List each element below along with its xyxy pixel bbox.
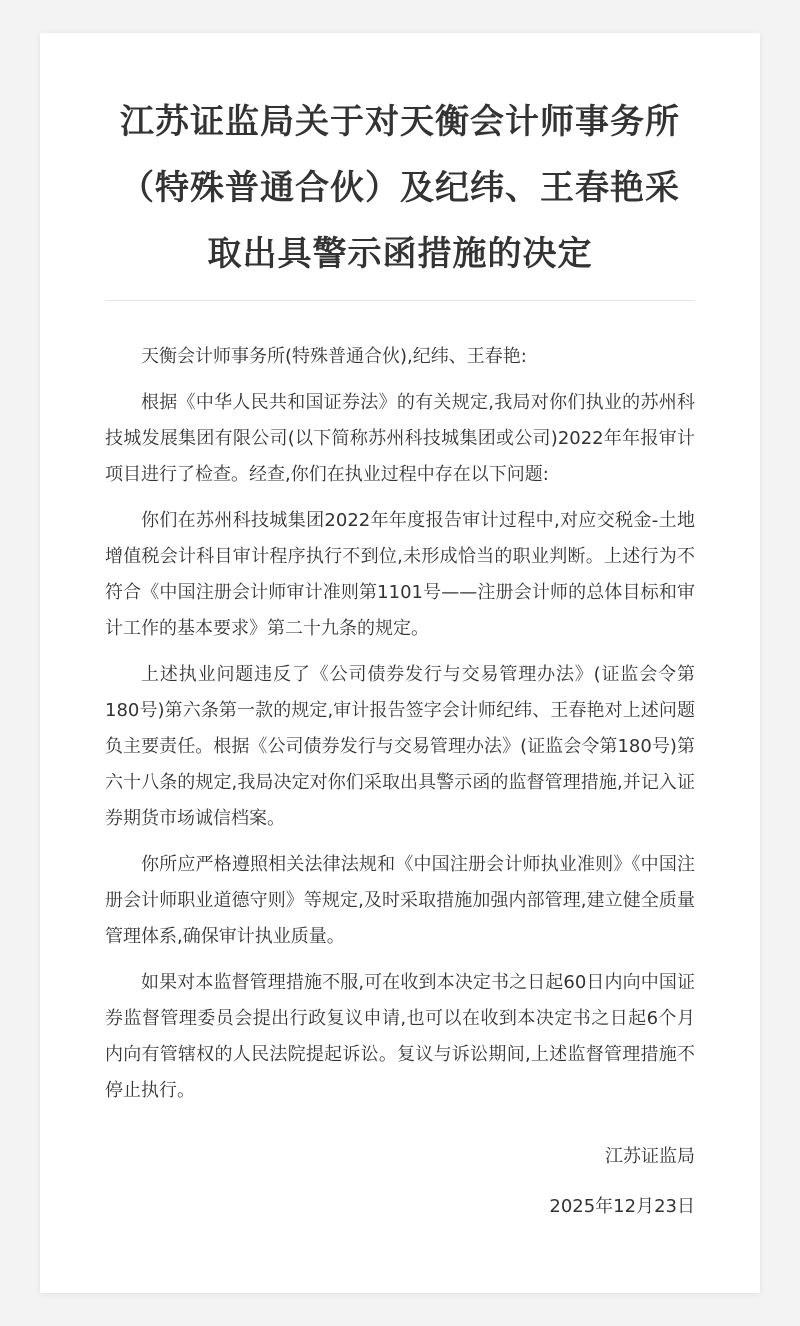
issue-date: 2025年12月23日 [105, 1189, 695, 1225]
signature-block: 江苏证监局 2025年12月23日 [105, 1139, 695, 1225]
document-body: 天衡会计师事务所(特殊普通合伙),纪纬、王春艳: 根据《中华人民共和国证券法》的… [105, 339, 695, 1109]
document-card: 江苏证监局关于对天衡会计师事务所（特殊普通合伙）及纪纬、王春艳采取出具警示函措施… [40, 33, 760, 1293]
paragraph-appeal: 如果对本监督管理措施不服,可在收到本决定书之日起60日内向中国证券监督管理委员会… [105, 965, 695, 1109]
document-title: 江苏证监局关于对天衡会计师事务所（特殊普通合伙）及纪纬、王春艳采取出具警示函措施… [105, 33, 695, 287]
salutation: 天衡会计师事务所(特殊普通合伙),纪纬、王春艳: [105, 339, 695, 375]
issuer-name: 江苏证监局 [105, 1139, 695, 1175]
paragraph-requirements: 你所应严格遵照相关法律法规和《中国注册会计师执业准则》《中国注册会计师职业道德守… [105, 847, 695, 955]
paragraph-inspection: 根据《中华人民共和国证券法》的有关规定,我局对你们执业的苏州科技城发展集团有限公… [105, 385, 695, 493]
paragraph-decision: 上述执业问题违反了《公司债券发行与交易管理办法》(证监会令第180号)第六条第一… [105, 657, 695, 837]
paragraph-issues: 你们在苏州科技城集团2022年年度报告审计过程中,对应交税金-土地增值税会计科目… [105, 503, 695, 647]
title-divider [105, 300, 695, 301]
